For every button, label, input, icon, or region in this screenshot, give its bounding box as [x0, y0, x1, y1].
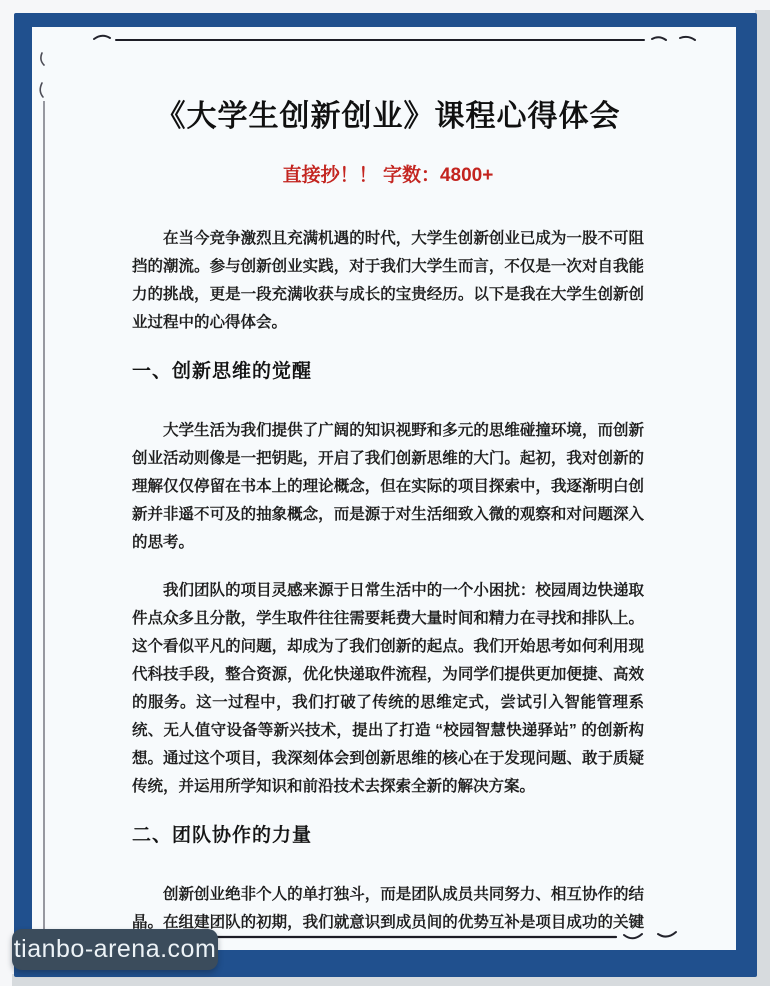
- section-1-heading: 一、创新思维的觉醒: [132, 357, 644, 387]
- section-1-paragraph-1: 大学生活为我们提供了广阔的知识视野和多元的思维碰撞环境，而创新创业活动则像是一把…: [132, 417, 644, 557]
- document-page: 《大学生创新创业》课程心得体会 直接抄！！ 字数：4800+ 在当今竞争激烈且充…: [32, 27, 736, 950]
- document-content: 《大学生创新创业》课程心得体会 直接抄！！ 字数：4800+ 在当今竞争激烈且充…: [32, 27, 736, 965]
- document-title: 《大学生创新创业》课程心得体会: [132, 95, 644, 139]
- photo-edge-right: [755, 10, 770, 983]
- document-subtitle-red: 直接抄！！ 字数：4800+: [132, 163, 644, 189]
- watermark-text: tianbo-arena.com: [14, 935, 217, 964]
- intro-paragraph: 在当今竞争激烈且充满机遇的时代，大学生创新创业已成为一股不可阻挡的潮流。参与创新…: [132, 225, 644, 337]
- watermark-badge: tianbo-arena.com: [12, 929, 218, 970]
- section-2-heading: 二、团队协作的力量: [132, 821, 644, 851]
- document-photo: 《大学生创新创业》课程心得体会 直接抄！！ 字数：4800+ 在当今竞争激烈且充…: [0, 0, 770, 986]
- section-1-paragraph-2: 我们团队的项目灵感来源于日常生活中的一个小困扰：校园周边快递取件点众多且分散，学…: [132, 577, 644, 801]
